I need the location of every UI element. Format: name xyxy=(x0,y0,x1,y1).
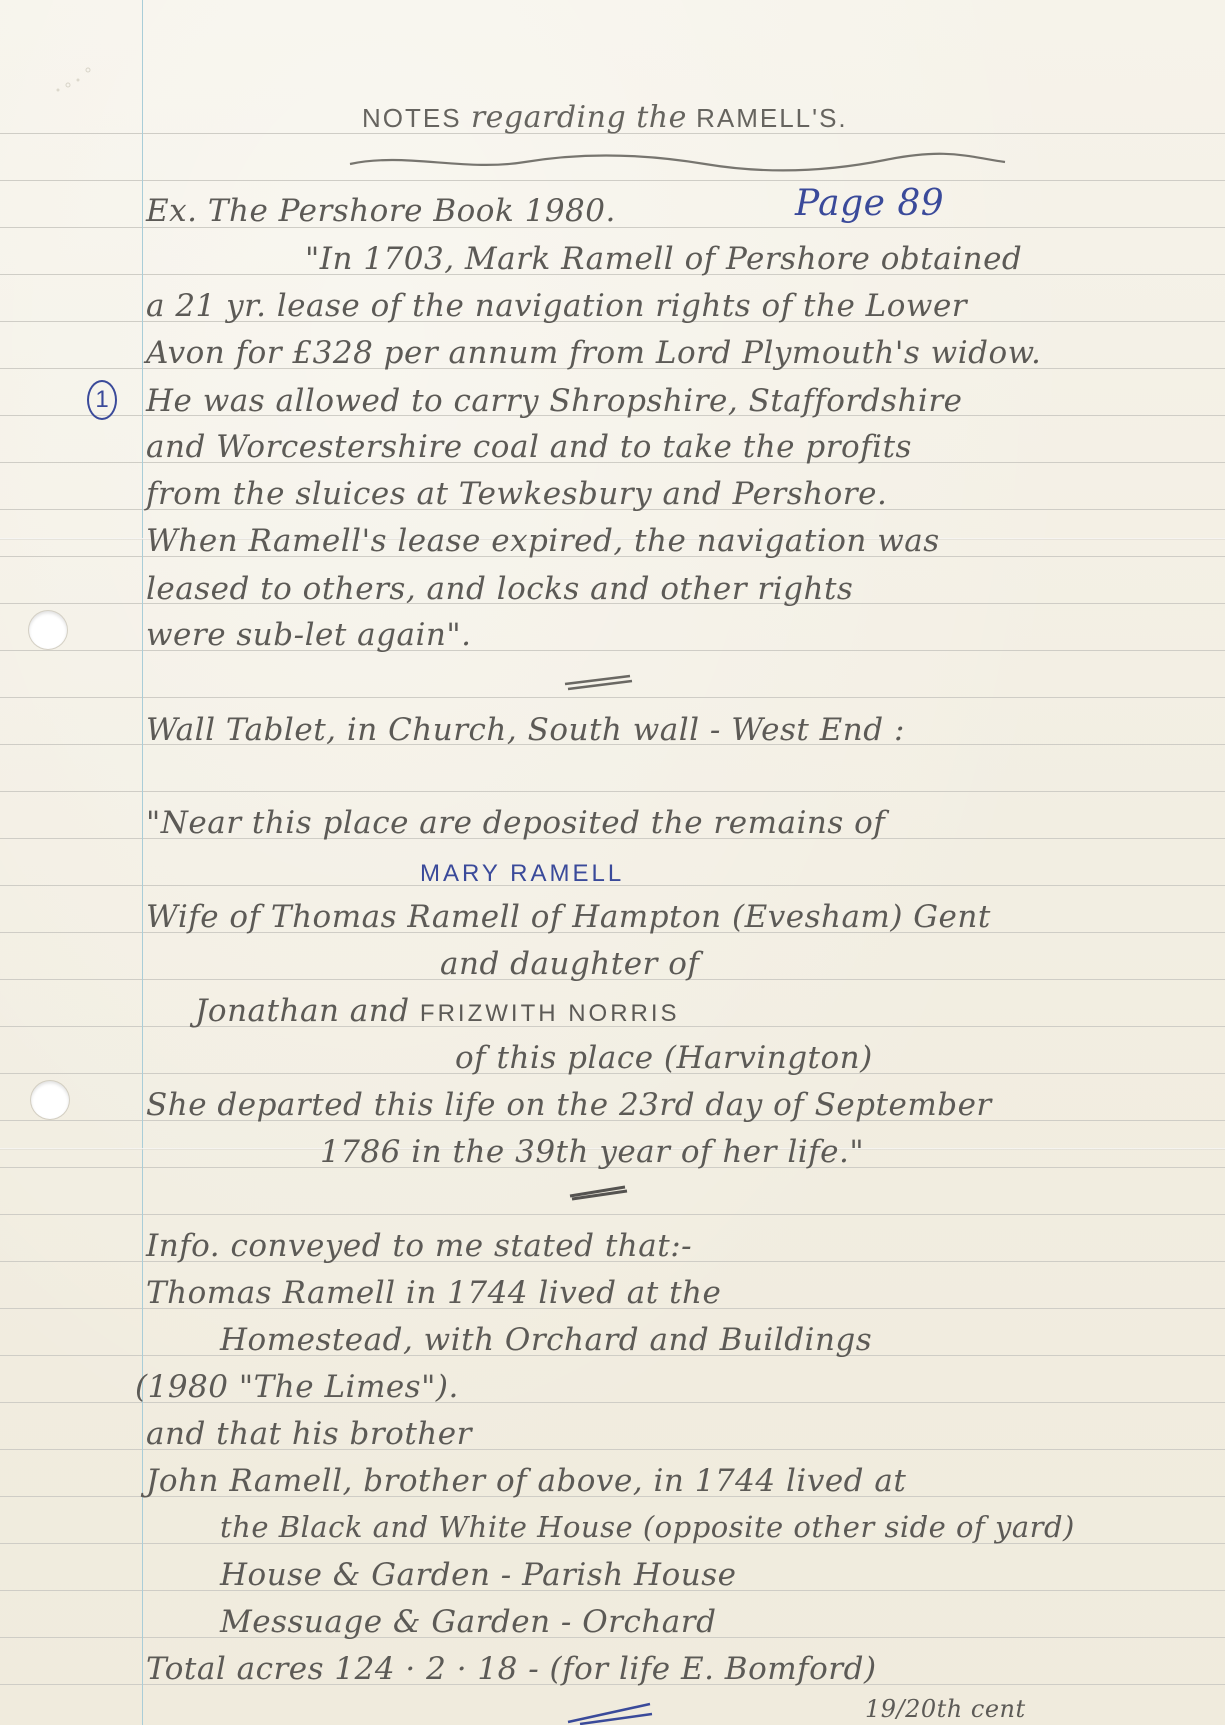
total-acres-line: Total acres 124 · 2 · 18 - (for life E. … xyxy=(146,1654,877,1685)
info-line: and that his brother xyxy=(146,1419,472,1450)
quote-line: leased to others, and locks and other ri… xyxy=(146,574,853,605)
quote-line: Avon for £328 per annum from Lord Plymou… xyxy=(146,338,1041,369)
info-line: Homestead, with Orchard and Buildings xyxy=(220,1325,872,1356)
quote-line: He was allowed to carry Shropshire, Staf… xyxy=(146,386,962,417)
inscription-line: "Near this place are deposited the remai… xyxy=(146,808,885,839)
inscription-line: Wife of Thomas Ramell of Hampton (Evesha… xyxy=(146,902,991,933)
blue-underline-mark xyxy=(560,1700,660,1725)
page-title: NOTES regarding the RAMELL'S. xyxy=(362,103,848,133)
ruled-line xyxy=(0,180,1225,181)
wall-tablet-heading: Wall Tablet, in Church, South wall - Wes… xyxy=(146,715,905,746)
margin-line xyxy=(142,0,143,1725)
inscription-line: 1786 in the 39th year of her life." xyxy=(320,1137,864,1168)
source-reference: Ex. The Pershore Book 1980. xyxy=(146,196,616,227)
title-wavy-underline xyxy=(345,150,1010,175)
ruled-line xyxy=(0,791,1225,792)
title-caps-notes: NOTES xyxy=(362,103,462,133)
quote-line: were sub-let again". xyxy=(146,620,471,651)
title-regarding: regarding the xyxy=(471,100,687,135)
handwritten-notes-page: NOTES regarding the RAMELL'S. Ex. The Pe… xyxy=(0,0,1225,1725)
section-divider-mark xyxy=(560,672,640,692)
quote-line: from the sluices at Tewkesbury and Persh… xyxy=(146,479,887,510)
ruled-line xyxy=(0,697,1225,698)
page-number-note: Page 89 xyxy=(795,186,944,222)
quote-line: a 21 yr. lease of the navigation rights … xyxy=(146,291,967,322)
quote-line: When Ramell's lease expired, the navigat… xyxy=(146,526,940,557)
punch-hole xyxy=(29,611,67,649)
circled-number-marker: 1 xyxy=(87,380,117,420)
inscription-parents-caps: FRIZWITH NORRIS xyxy=(420,1000,680,1027)
info-line: Info. conveyed to me stated that:- xyxy=(146,1231,692,1262)
inscription-name: MARY RAMELL xyxy=(420,862,624,886)
punch-hole xyxy=(31,1081,69,1119)
paper-speck-marks xyxy=(38,55,98,95)
inscription-line: Jonathan and FRIZWITH NORRIS xyxy=(195,996,680,1027)
info-line: (1980 "The Limes"). xyxy=(135,1372,459,1403)
info-line: House & Garden - Parish House xyxy=(220,1560,736,1591)
inscription-line: She departed this life on the 23rd day o… xyxy=(146,1090,992,1121)
quote-line: "In 1703, Mark Ramell of Pershore obtain… xyxy=(305,244,1022,275)
century-note: 19/20th cent xyxy=(865,1697,1026,1721)
info-line: Messuage & Garden - Orchard xyxy=(220,1607,716,1638)
info-line: Thomas Ramell in 1744 lived at the xyxy=(146,1278,721,1309)
quote-line: and Worcestershire coal and to take the … xyxy=(146,432,912,463)
section-divider-mark xyxy=(565,1182,635,1202)
inscription-parents-given: Jonathan and xyxy=(195,993,410,1029)
info-line: John Ramell, brother of above, in 1744 l… xyxy=(146,1466,906,1497)
inscription-line: of this place (Harvington) xyxy=(455,1043,873,1074)
inscription-line: and daughter of xyxy=(440,949,699,980)
title-caps-ramells: RAMELL'S. xyxy=(696,103,848,133)
ruled-line xyxy=(0,1214,1225,1215)
info-line: the Black and White House (opposite othe… xyxy=(220,1513,1075,1542)
